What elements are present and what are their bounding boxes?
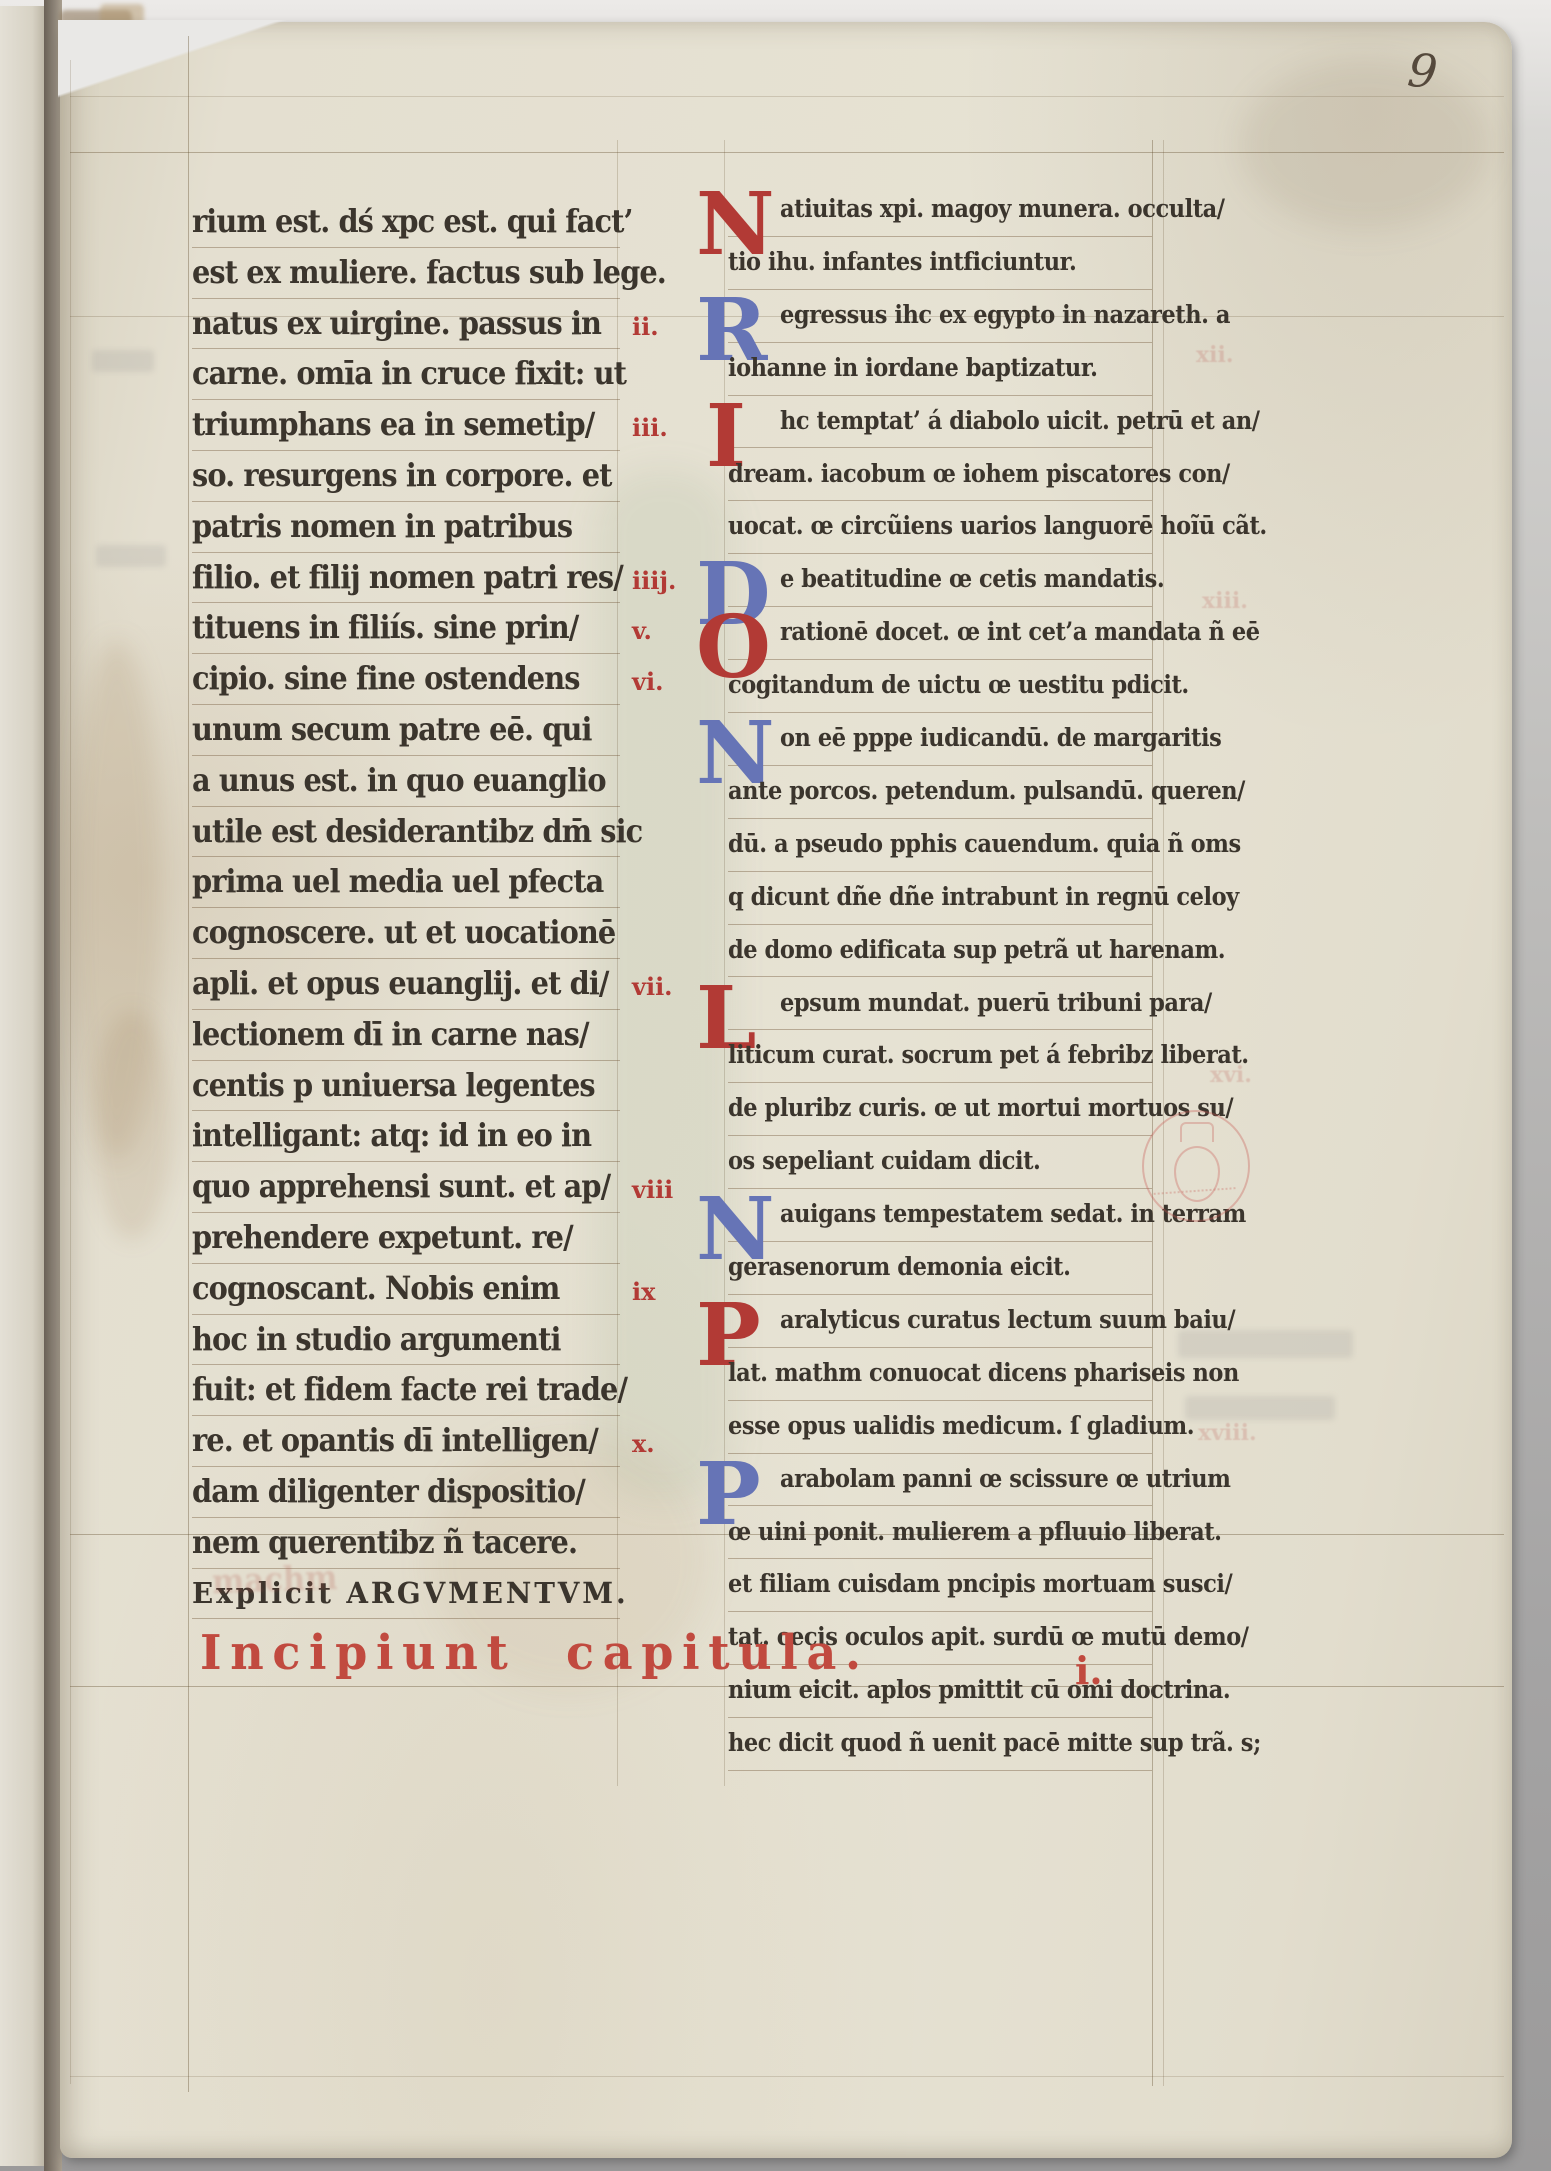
ruling-line	[70, 2076, 1504, 2077]
text-line: e beatitudine œ cetis mandatis.	[728, 553, 1152, 607]
text-line: iohanne in iordane baptizatur.	[728, 342, 1152, 396]
text-line-content: esse opus ualidis medicum. ſ gladium.	[728, 1400, 1194, 1453]
text-line-content: lat. mathm conuocat dicens phariseis non	[728, 1347, 1239, 1400]
ruling-line	[70, 96, 1504, 97]
text-line: et filiam cuisdam pncipis mortuam susci/	[728, 1558, 1152, 1612]
chapter-numeral: iiij.	[632, 566, 676, 595]
text-line: intelligant: atq: id in eo in	[192, 1110, 620, 1162]
show-through-text	[1178, 1330, 1353, 1358]
text-line-content: cogitandum de uictu œ uestitu pdicit.	[728, 659, 1189, 712]
text-line-content: egressus ihc ex egypto in nazareth. a	[780, 289, 1230, 342]
text-line-content: et filiam cuisdam pncipis mortuam susci/	[728, 1558, 1232, 1611]
text-line-content: utile est desiderantibz dm̄ sic	[192, 806, 642, 857]
chapter-numeral: v.	[632, 616, 652, 645]
page-top-edge	[58, 20, 288, 98]
text-line-content: filio. et filij nomen patri res/	[192, 552, 623, 603]
text-line: egressus ihc ex egypto in nazareth. a	[728, 289, 1152, 343]
text-line-content: triumphans ea in semetip/	[192, 399, 594, 450]
text-line: liticum curat. socrum pet á febribz libe…	[728, 1029, 1152, 1083]
text-line: rium est. dś xpc est. qui fact’	[192, 196, 620, 248]
show-through-numeral: xii.	[1196, 342, 1234, 368]
text-line: triumphans ea in semetip/	[192, 399, 620, 451]
text-line: cogitandum de uictu œ uestitu pdicit.	[728, 659, 1152, 713]
text-line: re. et opantis dī intelligen/	[192, 1415, 620, 1467]
stain	[1240, 60, 1490, 230]
text-line: os sepeliant cuidam dicit.	[728, 1135, 1152, 1189]
text-line: so. resurgens in corpore. et	[192, 450, 620, 502]
show-through-text	[92, 350, 154, 372]
show-through-text	[96, 545, 166, 567]
text-line: gerasenorum demonia eicit.	[728, 1241, 1152, 1295]
text-line-content: a unus est. in quo euanglio	[192, 755, 606, 806]
text-line-content: dream. iacobum œ iohem piscatores con/	[728, 448, 1230, 501]
show-through-rubric: machm	[211, 1558, 338, 1602]
text-line-content: fuit: et fidem facte rei trade/	[192, 1364, 627, 1415]
text-line-content: liticum curat. socrum pet á febribz libe…	[728, 1029, 1249, 1082]
text-line-content: aralyticus curatus lectum suum baiu/	[780, 1294, 1235, 1347]
text-line: cognoscant. Nobis enim	[192, 1263, 620, 1315]
text-line-content: patris nomen in patribus	[192, 501, 572, 552]
rubric-incipit: Incipiunt capitula.	[200, 1625, 870, 1681]
text-line: arabolam panni œ scissure œ utrium	[728, 1453, 1152, 1507]
text-line: centis p uniuersa legentes	[192, 1060, 620, 1112]
text-line-content: carne. omīa in cruce fixit: ut	[192, 348, 626, 399]
text-line-content: natus ex uirgine. passus in	[192, 298, 601, 349]
text-line-content: unum secum patre eē. qui	[192, 704, 592, 755]
text-line: on eē pppe iudicandū. de margaritis	[728, 712, 1152, 766]
text-line-content: prehendere expetunt. re/	[192, 1212, 573, 1263]
ruling-line	[70, 60, 71, 2084]
show-through-numeral: xvi.	[1210, 1062, 1252, 1088]
text-line: est ex muliere. factus sub lege.	[192, 247, 620, 299]
text-line-content: rationē docet. œ int cet’a mandata ñ eē	[780, 606, 1260, 659]
text-line: dam diligenter dispositio/	[192, 1466, 620, 1518]
text-line-content: os sepeliant cuidam dicit.	[728, 1135, 1040, 1188]
chapter-numeral: iii.	[632, 413, 668, 442]
text-line: filio. et filij nomen patri res/	[192, 552, 620, 604]
text-line-content: hoc in studio argumenti	[192, 1314, 561, 1365]
stamp-legend	[1154, 1187, 1237, 1207]
text-line: natus ex uirgine. passus in	[192, 298, 620, 350]
text-line: apli. et opus euanglij. et di/	[192, 958, 620, 1010]
text-line: aralyticus curatus lectum suum baiu/	[728, 1294, 1152, 1348]
text-line-content: quo apprehensi sunt. et ap/	[192, 1161, 610, 1212]
text-line: a unus est. in quo euanglio	[192, 755, 620, 807]
text-line-content: centis p uniuersa legentes	[192, 1060, 595, 1111]
text-line: dream. iacobum œ iohem piscatores con/	[728, 448, 1152, 502]
text-line-content: q dicunt dñe dñe intrabunt in regnū celo…	[728, 871, 1239, 924]
text-line: atiuitas xpi. magoy munera. occulta/	[728, 183, 1152, 237]
text-line-content: arabolam panni œ scissure œ utrium	[780, 1453, 1230, 1506]
rubric-first-numeral: i.	[1075, 1648, 1103, 1693]
text-line-content: ante porcos. petendum. pulsandū. queren/	[728, 765, 1245, 818]
chapter-numeral: ix	[632, 1277, 655, 1306]
text-line-content: epsum mundat. puerū tribuni para/	[780, 977, 1212, 1030]
text-line: prima uel media uel pfecta	[192, 856, 620, 908]
text-line: uocat. œ circũiens uarios languorē hoĩū …	[728, 500, 1152, 554]
library-stamp	[1142, 1110, 1250, 1222]
show-through-numeral: xiii.	[1202, 588, 1248, 614]
chapter-numeral: x.	[632, 1429, 655, 1458]
text-line: patris nomen in patribus	[192, 501, 620, 553]
text-line-content: dū. a pseudo pphis cauendum. quia ñ oms	[728, 818, 1241, 871]
text-line: q dicunt dñe dñe intrabunt in regnū celo…	[728, 871, 1152, 925]
text-line: hc temptat’ á diabolo uicit. petrū et an…	[728, 395, 1152, 449]
manuscript-photo: 9 rium est. dś xpc est. qui fact’est ex …	[0, 0, 1551, 2171]
text-line-content: tio ihu. infantes intficiuntur.	[728, 236, 1076, 289]
text-line-content: atiuitas xpi. magoy munera. occulta/	[780, 183, 1225, 236]
text-line: tituens in filiís. sine prin/	[192, 602, 620, 654]
text-line: unum secum patre eē. qui	[192, 704, 620, 756]
stain	[92, 1010, 172, 1240]
text-line-content: uocat. œ circũiens uarios languorē hoĩū …	[728, 500, 1267, 553]
text-line-content: hec dicit quod ñ uenit pacē mitte sup tr…	[728, 1717, 1261, 1770]
text-line-content: est ex muliere. factus sub lege.	[192, 247, 666, 298]
text-line-content: rium est. dś xpc est. qui fact’	[192, 196, 633, 247]
text-line: rationē docet. œ int cet’a mandata ñ eē	[728, 606, 1152, 660]
text-line-content: re. et opantis dī intelligen/	[192, 1415, 598, 1466]
facing-page-edge	[0, 6, 46, 2166]
text-line-content: cognoscere. ut et uocationē	[192, 907, 615, 958]
text-line-content: intelligant: atq: id in eo in	[192, 1110, 591, 1161]
text-line: tio ihu. infantes intficiuntur.	[728, 236, 1152, 290]
text-line: quo apprehensi sunt. et ap/	[192, 1161, 620, 1213]
show-through-text	[1185, 1396, 1335, 1420]
text-line: lectionem dī in carne nas/	[192, 1009, 620, 1061]
text-line-content: cipio. sine fine ostendens	[192, 653, 580, 704]
chapter-numeral: ii.	[632, 312, 659, 341]
text-line-content: cognoscant. Nobis enim	[192, 1263, 559, 1314]
text-line-content: œ uini ponit. mulierem a pfluuio liberat…	[728, 1506, 1222, 1559]
text-line: prehendere expetunt. re/	[192, 1212, 620, 1264]
text-line-content: hc temptat’ á diabolo uicit. petrū et an…	[780, 395, 1260, 448]
text-line: lat. mathm conuocat dicens phariseis non	[728, 1347, 1152, 1401]
text-line: carne. omīa in cruce fixit: ut	[192, 348, 620, 400]
folio-number: 9	[1405, 43, 1440, 100]
chapter-numeral: vi.	[632, 667, 663, 696]
text-line-content: dam diligenter dispositio/	[192, 1466, 585, 1517]
text-line: de pluribz curis. œ ut mortui mortuos su…	[728, 1082, 1152, 1136]
text-line: hec dicit quod ñ uenit pacē mitte sup tr…	[728, 1717, 1152, 1771]
text-line: ante porcos. petendum. pulsandū. queren/	[728, 765, 1152, 819]
chapter-numeral: viii	[632, 1175, 673, 1204]
text-line: hoc in studio argumenti	[192, 1314, 620, 1366]
text-line-content: lectionem dī in carne nas/	[192, 1009, 589, 1060]
text-line-content: prima uel media uel pfecta	[192, 856, 603, 907]
text-line-content: apli. et opus euanglij. et di/	[192, 958, 609, 1009]
text-line-content: so. resurgens in corpore. et	[192, 450, 612, 501]
show-through-numeral: xviii.	[1198, 1420, 1257, 1446]
text-line-content: e beatitudine œ cetis mandatis.	[780, 553, 1164, 606]
text-line-content: on eē pppe iudicandū. de margaritis	[780, 712, 1221, 765]
chapter-numeral: vii.	[632, 972, 673, 1001]
text-line-content: de domo edificata sup petrã ut harenam.	[728, 924, 1225, 977]
text-line-content: iohanne in iordane baptizatur.	[728, 342, 1098, 395]
ruling-line	[188, 36, 189, 2092]
text-line: de domo edificata sup petrã ut harenam.	[728, 924, 1152, 978]
text-line: cipio. sine fine ostendens	[192, 653, 620, 705]
text-line-content: gerasenorum demonia eicit.	[728, 1241, 1071, 1294]
text-line: auigans tempestatem sedat. in terram	[728, 1188, 1152, 1242]
text-line: esse opus ualidis medicum. ſ gladium.	[728, 1400, 1152, 1454]
text-line: dū. a pseudo pphis cauendum. quia ñ oms	[728, 818, 1152, 872]
text-line: fuit: et fidem facte rei trade/	[192, 1364, 620, 1416]
text-line: œ uini ponit. mulierem a pfluuio liberat…	[728, 1506, 1152, 1560]
text-line: cognoscere. ut et uocationē	[192, 907, 620, 959]
text-line-content: tituens in filiís. sine prin/	[192, 602, 578, 653]
stamp-crown	[1180, 1122, 1214, 1142]
text-line: epsum mundat. puerū tribuni para/	[728, 977, 1152, 1031]
text-line: utile est desiderantibz dm̄ sic	[192, 806, 620, 858]
ruling-line	[70, 152, 1504, 153]
